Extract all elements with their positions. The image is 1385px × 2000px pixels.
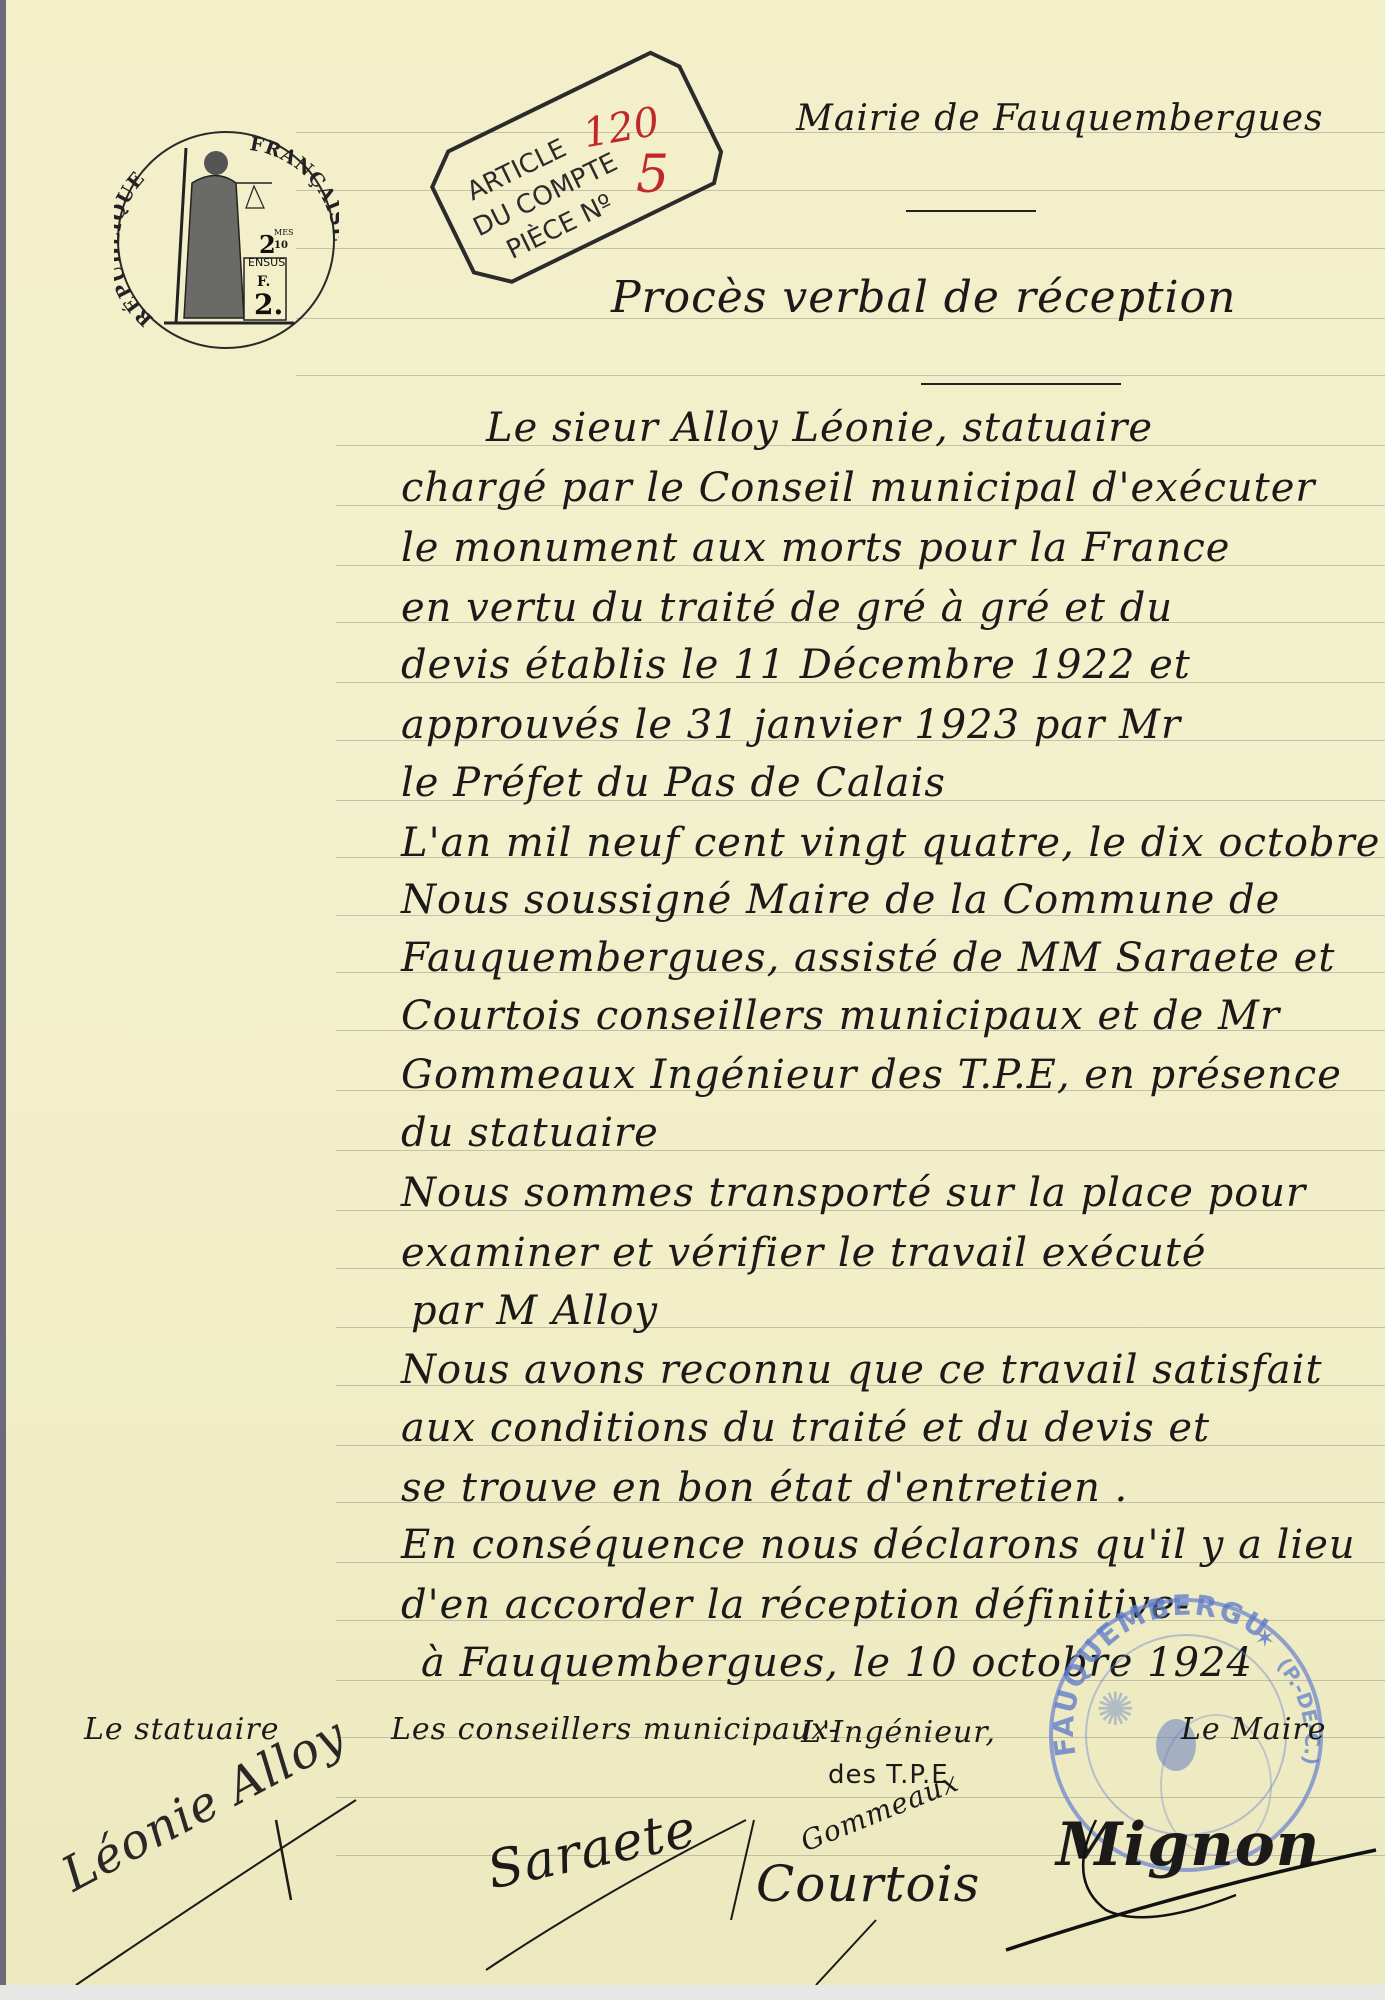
statuary-label: Le statuaire: [84, 1712, 280, 1747]
mayor-label: Le Maire: [1181, 1712, 1327, 1747]
svg-text:ENSUS: ENSUS: [248, 256, 285, 269]
body-line: Le sieur Alloy Léonie, statuaire: [486, 405, 1153, 451]
body-line: chargé par le Conseil municipal d'exécut…: [401, 465, 1315, 511]
body-line: Courtois conseillers municipaux et de Mr: [401, 993, 1280, 1039]
document-title: Procès verbal de réception: [611, 272, 1236, 323]
article-stamp: ARTICLE DU COMPTE PIÈCE Nº 120 5: [411, 45, 731, 305]
svg-text:✶: ✶: [1254, 1624, 1276, 1654]
body-line: Nous sommes transporté sur la place pour: [401, 1170, 1306, 1216]
body-line: du statuaire: [401, 1110, 659, 1156]
svg-text:FRANÇAISE: FRANÇAISE: [248, 133, 339, 243]
svg-text:RÉPUBLIQUE: RÉPUBLIQUE: [114, 167, 157, 330]
body-line: en vertu du traité de gré à gré et du: [401, 585, 1173, 631]
svg-text:2.: 2.: [254, 288, 283, 321]
svg-text:MES: MES: [274, 228, 294, 237]
councillor1-signature: Saraete: [476, 1790, 756, 1980]
header-divider: [906, 210, 1036, 212]
title-divider: [921, 383, 1121, 385]
mayor-signature: Mignon: [986, 1780, 1385, 1980]
body-line: se trouve en bon état d'entretien .: [401, 1465, 1128, 1511]
body-line: devis établis le 11 Décembre 1922 et: [401, 642, 1191, 688]
engineer-signature: Gommeaux: [796, 1775, 966, 1855]
body-line: aux conditions du traité et du devis et: [401, 1405, 1210, 1451]
fiscal-stamp: RÉPUBLIQUE FRANÇAISE 2 MES 10 ENSUS F. 2…: [114, 128, 339, 353]
body-line: En conséquence nous déclarons qu'il y a …: [401, 1522, 1356, 1568]
engineer-label: L'Ingénieur,: [801, 1715, 996, 1750]
scan-background: [0, 1985, 1385, 2000]
body-line: par M Alloy: [411, 1288, 658, 1334]
marianne-stamp-icon: RÉPUBLIQUE FRANÇAISE 2 MES 10 ENSUS F. 2…: [114, 128, 339, 353]
piece-number: 5: [636, 145, 669, 205]
body-line: approuvés le 31 janvier 1923 par Mr: [401, 702, 1181, 748]
body-line: examiner et vérifier le travail exécuté: [401, 1230, 1207, 1276]
statuary-signature: Léonie Alloy: [36, 1790, 376, 1990]
body-line: Gommeaux Ingénieur des T.P.E, en présenc…: [401, 1052, 1342, 1098]
svg-text:(P.-DE-C.): (P.-DE-C.): [1272, 1653, 1324, 1767]
svg-text:10: 10: [274, 240, 288, 251]
body-line: L'an mil neuf cent vingt quatre, le dix …: [401, 820, 1380, 866]
body-line: le Préfet du Pas de Calais: [401, 760, 946, 806]
svg-text:✺: ✺: [1096, 1682, 1135, 1736]
councillors-label: Les conseillers municipaux-: [391, 1712, 840, 1747]
document-page: RÉPUBLIQUE FRANÇAISE 2 MES 10 ENSUS F. 2…: [0, 0, 1385, 1985]
body-line: Fauquembergues, assisté de MM Saraete et: [401, 935, 1335, 981]
body-line: Nous avons reconnu que ce travail satisf…: [401, 1347, 1323, 1393]
body-line: Nous soussigné Maire de la Commune de: [401, 877, 1280, 923]
office-heading: Mairie de Fauquembergues: [796, 98, 1324, 139]
body-line: le monument aux morts pour la France: [401, 525, 1230, 571]
